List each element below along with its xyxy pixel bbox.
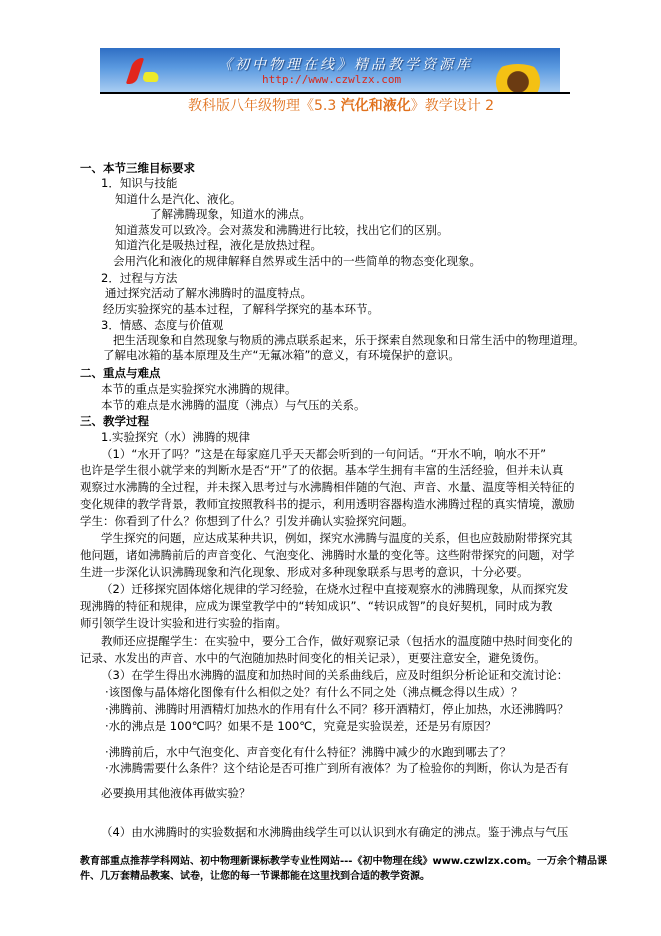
- logo-accent-icon: [141, 72, 160, 82]
- paragraph-line: 本节的难点是水沸腾的温度（沸点）与气压的关系。: [101, 397, 366, 413]
- paragraph-line: 学生探究的问题，应达成某种共识，例如，探究水沸腾与温度的关系，但也应鼓励附带探究…: [101, 530, 573, 546]
- paragraph-line: 现沸腾的特征和规律，应成为课堂教学中的“转知成识”、“转识成智”的良好契机，同时…: [80, 598, 552, 614]
- logo-icon: [126, 58, 144, 84]
- paragraph-line: 教师还应提醒学生：在实验中，要分工合作，做好观察记录（包括水的温度随中热时间变化…: [101, 633, 573, 649]
- paragraph-line: 变化规律的教学背景，教师宜按照教科书的提示，利用透明容器构造水沸腾过程的真实情境…: [80, 496, 575, 512]
- paragraph-line: 知道什么是汽化、液化。: [115, 191, 242, 207]
- paragraph-line: 他问题，诸如沸腾前后的声音变化、气泡变化、沸腾时水量的变化等。这些附带探究的问题…: [80, 547, 575, 563]
- sunflower-image: [488, 64, 548, 92]
- footer-line-1: 教育部重点推荐学科网站、初中物理新课标教学专业性网站---《初中物理在线》www…: [80, 852, 607, 867]
- section-heading: 二、重点与难点: [80, 365, 161, 381]
- paragraph-line: 知道蒸发可以致冷。会对蒸发和沸腾进行比较，找出它们的区别。: [115, 222, 449, 238]
- paragraph-line: 把生活现象和自然现象与物质的沸点联系起来，乐于探索自然现象和日常生活中的物理道理…: [113, 332, 585, 348]
- paragraph-line: （2）迁移探究固体熔化规律的学习经验，在烧水过程中直接观察水的沸腾现象，从而探究…: [101, 581, 568, 597]
- paragraph-line: 1．知识与技能: [101, 175, 177, 191]
- paragraph-line: ·水的沸点是 100℃吗？如果不是 100℃，究竟是实验误差，还是另有原因？: [105, 718, 496, 734]
- paragraph-line: 也许是学生很小就学来的判断水是否“开”了的依据。基本学生拥有丰富的生活经验，但并…: [80, 462, 563, 478]
- paragraph-line: ·沸腾前后，水中气泡变化、声音变化有什么特征？沸腾中减少的水跑到哪去了？: [105, 744, 511, 760]
- section-heading: 三、教学过程: [80, 413, 149, 429]
- paragraph-line: 经历实验探究的基本过程，了解科学探究的基本环节。: [103, 301, 379, 317]
- paragraph-line: 本节的重点是实验探究水沸腾的规律。: [101, 381, 297, 397]
- document-title: 教科版八年级物理《5.3 汽化和液化》教学设计 2: [188, 95, 494, 115]
- banner-site-url: http://www.czwlzx.com: [262, 73, 401, 86]
- paragraph-line: 会用汽化和液化的规律解释自然界或生活中的一些简单的物态变化现象。: [113, 253, 481, 269]
- paragraph-line: （3）在学生得出水沸腾的温度和加热时间的关系曲线后，应及时组织分析论证和交流讨论…: [101, 667, 568, 683]
- paragraph-line: ·该图像与晶体熔化图像有什么相似之处？有什么不同之处（沸点概念得以生成）？: [105, 684, 523, 700]
- title-suffix: 》教学设计 2: [411, 98, 494, 114]
- paragraph-line: 必要换用其他液体再做实验？: [101, 785, 251, 801]
- paragraph-line: 1.实验探究（水）沸腾的规律: [101, 429, 250, 445]
- header-divider: [100, 92, 570, 94]
- paragraph-line: 学生：你看到了什么？你想到了什么？引发并确认实验探究问题。: [80, 513, 414, 529]
- banner-site-name: 《初中物理在线》精品教学资源库: [218, 54, 473, 74]
- paragraph-line: 观察过水沸腾的全过程，并未探入思考过与水沸腾相伴随的气泡、声音、水量、温度等相关…: [80, 479, 575, 495]
- footer-line-2: 件、几万套精品教案、试卷，让您的每一节课都能在这里找到合适的教学资源。: [80, 867, 430, 882]
- paragraph-line: （1）“水开了吗？”这是在每家庭几乎天天都会听到的一句问话。“开水不响，响水不开…: [101, 446, 546, 462]
- paragraph-line: 了解沸腾现象，知道水的沸点。: [150, 206, 311, 222]
- title-topic: 汽化和液化: [341, 98, 411, 114]
- site-banner: 《初中物理在线》精品教学资源库 http://www.czwlzx.com: [100, 48, 560, 92]
- paragraph-line: 知道汽化是吸热过程，液化是放热过程。: [115, 237, 322, 253]
- paragraph-line: 通过探究活动了解水沸腾时的温度特点。: [105, 285, 312, 301]
- paragraph-line: （4）由水沸腾时的实验数据和水沸腾曲线学生可以认识到水有确定的沸点。鉴于沸点与气…: [101, 824, 568, 840]
- paragraph-line: 师引领学生设计实验和进行实验的指南。: [80, 615, 287, 631]
- paragraph-line: 记录、水发出的声音、水中的气泡随加热时间变化的相关记录），更要注意安全，避免烫伤…: [80, 650, 546, 666]
- paragraph-line: 了解电冰箱的基本原理及生产“无氟冰箱”的意义，有环境保护的意识。: [103, 347, 460, 363]
- paragraph-line: 生进一步深化认识沸腾现象和汽化现象、形成对多种现象联系与思考的意识，十分必要。: [80, 564, 529, 580]
- section-heading: 一、本节三维目标要求: [80, 160, 195, 176]
- paragraph-line: ·沸腾前、沸腾时用酒精灯加热水的作用有什么不同？移开酒精灯，停止加热，水还沸腾吗…: [105, 701, 569, 717]
- paragraph-line: 2．过程与方法: [101, 270, 177, 286]
- paragraph-line: ·水沸腾需要什么条件？这个结论是否可推广到所有液体？为了检验你的判断，你认为是否…: [105, 760, 569, 776]
- title-prefix: 教科版八年级物理《5.3: [188, 98, 341, 114]
- paragraph-line: 3．情感、态度与价值观: [101, 317, 223, 333]
